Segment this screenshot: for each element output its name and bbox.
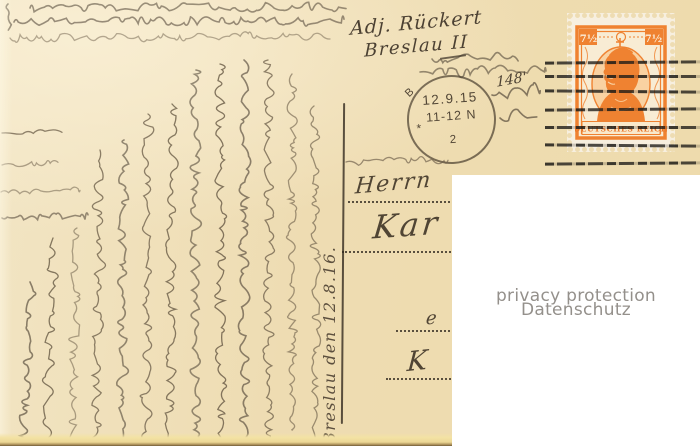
handwriting-stroke [18,282,36,444]
privacy-overlay: privacy protection Datenschutz [452,175,700,446]
handwriting-stroke [10,32,330,42]
address-word-4: K [406,345,428,379]
handwriting-stroke [91,150,105,446]
handwriting-stroke [238,60,250,446]
stamp-perforation-left [566,13,573,152]
handwriting-stroke [500,109,537,121]
stamp-perforation-top [567,12,675,19]
handwriting-stroke [215,64,227,440]
stamp-perforation-right [669,13,676,152]
privacy-line-de: Datenschutz [452,303,700,317]
postcard-scan: Breslau den 12.8.16. Adj. Rückert Bresla… [0,0,700,446]
postmark: B * 12.9.15 11-12 N 2 [404,72,499,167]
stamp-germania-art: 7½ 7½ DEUTSCHES REICH [575,25,667,140]
stamp-value-left: 7½ [580,34,597,45]
bottom-card-edge [0,433,452,446]
handwriting-stroke [43,238,59,445]
postmark-date: 12.9.15 [407,88,493,109]
stamp-country-label: DEUTSCHES REICH [575,125,667,134]
handwriting-stroke [14,16,344,26]
postmark-time: 11-12 N [408,106,494,126]
address-dotted-line-3 [396,330,454,332]
handwriting-stroke [69,228,80,446]
left-scan-edge [0,0,12,446]
address-dotted-line-4 [386,378,454,380]
handwriting-stroke [30,2,346,12]
handwriting-stroke [117,140,129,442]
postmark-district: 2 [410,131,496,149]
address-dotted-line-2 [342,251,454,253]
postage-stamp: 7½ 7½ DEUTSCHES REICH [567,13,675,152]
handwriting-stroke [263,60,275,440]
handwriting-stroke [2,213,88,220]
cancel-bar [545,161,700,165]
handwriting-stroke [140,114,154,446]
sender-street-number: 148' [496,69,527,90]
privacy-text-block: privacy protection Datenschutz [452,289,700,317]
stamp-value-right: 7½ [645,34,662,45]
address-word-3: e [425,307,437,329]
address-word-2: Kar [371,203,442,246]
handwriting-stroke [190,70,201,444]
address-word-1: Herrn [354,167,433,199]
address-divider-line [341,103,346,424]
sender-underline [440,54,466,60]
handwriting-stroke [286,74,297,430]
message-dateline: Breslau den 12.8.16. [320,232,339,444]
handwriting-stroke [1,187,80,194]
stamp-perforation-bottom [567,146,675,153]
handwriting-stroke [165,104,178,446]
